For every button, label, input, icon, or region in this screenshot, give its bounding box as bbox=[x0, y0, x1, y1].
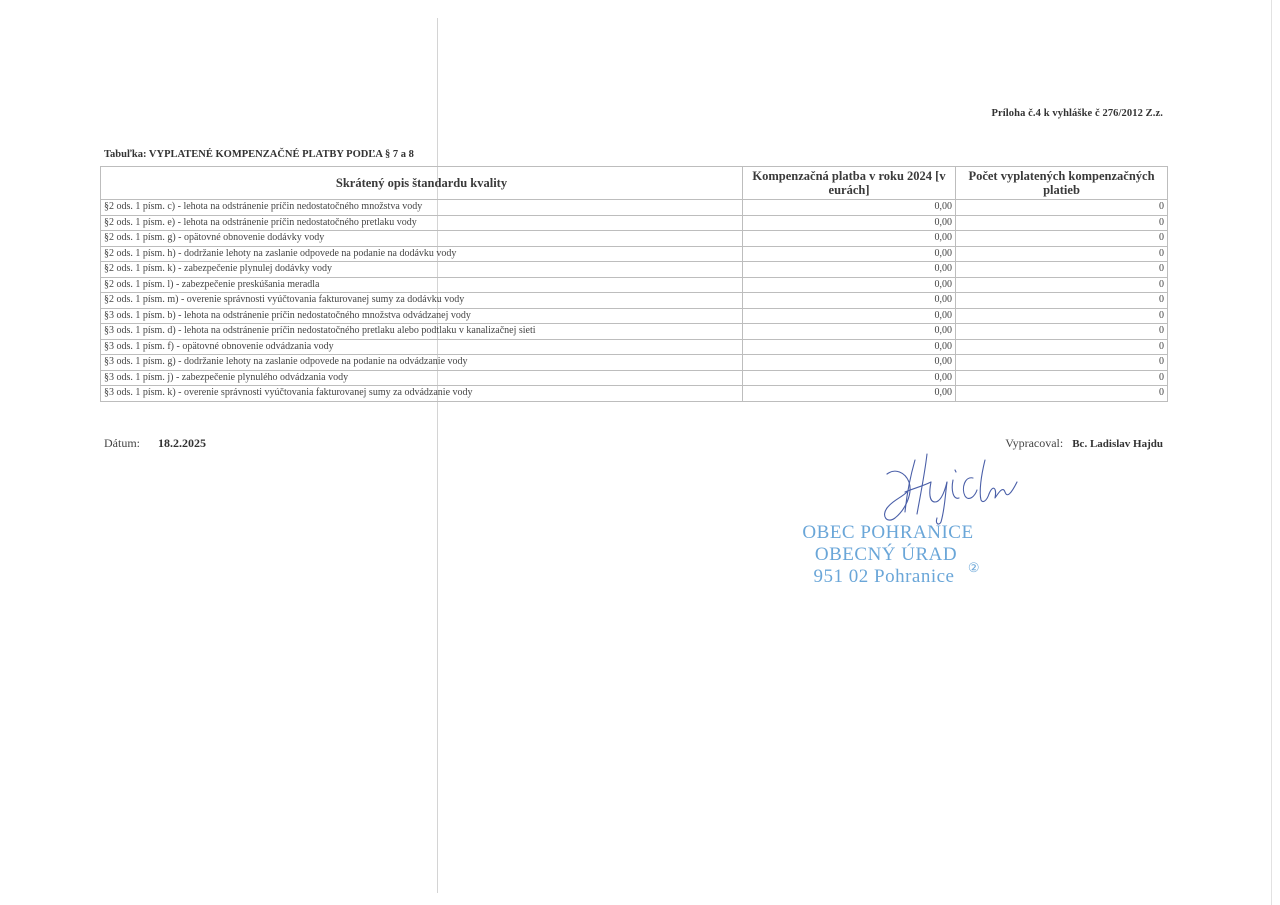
date-value: 18.2.2025 bbox=[158, 436, 206, 451]
prepared-by-name: Bc. Ladislav Hajdu bbox=[1072, 438, 1163, 450]
row-description: §3 ods. 1 písm. j) - zabezpečenie plynul… bbox=[101, 370, 743, 386]
stamp-line-3: 951 02 Pohranice bbox=[770, 566, 998, 588]
row-description: §2 ods. 1 písm. g) - opätovné obnovenie … bbox=[101, 231, 743, 247]
row-description: §2 ods. 1 písm. h) - dodržanie lehoty na… bbox=[101, 246, 743, 262]
table-row: §2 ods. 1 písm. m) - overenie správnosti… bbox=[101, 293, 1168, 309]
row-count: 0 bbox=[956, 200, 1168, 216]
row-count: 0 bbox=[956, 386, 1168, 402]
row-description: §2 ods. 1 písm. c) - lehota na odstránen… bbox=[101, 200, 743, 216]
row-payment: 0,00 bbox=[743, 370, 956, 386]
row-count: 0 bbox=[956, 308, 1168, 324]
table-row: §3 ods. 1 písm. b) - lehota na odstránen… bbox=[101, 308, 1168, 324]
stamp-number-mark: ② bbox=[968, 560, 980, 576]
official-stamp: OBEC POHRANICE OBECNÝ ÚRAD 951 02 Pohran… bbox=[778, 522, 998, 588]
row-payment: 0,00 bbox=[743, 324, 956, 340]
prepared-by: Vypracoval: Bc. Ladislav Hajdu bbox=[1005, 436, 1163, 451]
table-row: §2 ods. 1 písm. c) - lehota na odstránen… bbox=[101, 200, 1168, 216]
row-description: §2 ods. 1 písm. e) - lehota na odstránen… bbox=[101, 215, 743, 231]
table-row: §2 ods. 1 písm. e) - lehota na odstránen… bbox=[101, 215, 1168, 231]
row-description: §2 ods. 1 písm. k) - zabezpečenie plynul… bbox=[101, 262, 743, 278]
row-payment: 0,00 bbox=[743, 277, 956, 293]
compensation-table: Skrátený opis štandardu kvality Kompenza… bbox=[100, 166, 1168, 402]
row-description: §3 ods. 1 písm. g) - dodržanie lehoty na… bbox=[101, 355, 743, 371]
row-description: §2 ods. 1 písm. m) - overenie správnosti… bbox=[101, 293, 743, 309]
row-payment: 0,00 bbox=[743, 262, 956, 278]
table-header-row: Skrátený opis štandardu kvality Kompenza… bbox=[101, 167, 1168, 200]
row-count: 0 bbox=[956, 339, 1168, 355]
row-payment: 0,00 bbox=[743, 231, 956, 247]
scan-page-edge bbox=[1271, 0, 1272, 905]
row-payment: 0,00 bbox=[743, 355, 956, 371]
row-count: 0 bbox=[956, 246, 1168, 262]
header-description: Skrátený opis štandardu kvality bbox=[101, 167, 743, 200]
table-row: §3 ods. 1 písm. f) - opätovné obnovenie … bbox=[101, 339, 1168, 355]
table-row: §2 ods. 1 písm. h) - dodržanie lehoty na… bbox=[101, 246, 1168, 262]
table-row: §2 ods. 1 písm. l) - zabezpečenie preskú… bbox=[101, 277, 1168, 293]
row-count: 0 bbox=[956, 215, 1168, 231]
row-payment: 0,00 bbox=[743, 339, 956, 355]
table-row: §2 ods. 1 písm. k) - zabezpečenie plynul… bbox=[101, 262, 1168, 278]
table-row: §2 ods. 1 písm. g) - opätovné obnovenie … bbox=[101, 231, 1168, 247]
table-body: §2 ods. 1 písm. c) - lehota na odstránen… bbox=[101, 200, 1168, 402]
handwritten-signature bbox=[865, 452, 1035, 527]
scan-fold-line bbox=[437, 18, 438, 893]
row-count: 0 bbox=[956, 262, 1168, 278]
table-row: §3 ods. 1 písm. k) - overenie správnosti… bbox=[101, 386, 1168, 402]
table-row: §3 ods. 1 písm. g) - dodržanie lehoty na… bbox=[101, 355, 1168, 371]
row-description: §3 ods. 1 písm. k) - overenie správnosti… bbox=[101, 386, 743, 402]
row-payment: 0,00 bbox=[743, 215, 956, 231]
table-row: §3 ods. 1 písm. j) - zabezpečenie plynul… bbox=[101, 370, 1168, 386]
row-description: §2 ods. 1 písm. l) - zabezpečenie preskú… bbox=[101, 277, 743, 293]
appendix-note: Príloha č.4 k vyhláške č 276/2012 Z.z. bbox=[991, 108, 1163, 119]
stamp-line-1: OBEC POHRANICE bbox=[778, 522, 998, 544]
row-count: 0 bbox=[956, 231, 1168, 247]
row-payment: 0,00 bbox=[743, 246, 956, 262]
row-description: §3 ods. 1 písm. b) - lehota na odstránen… bbox=[101, 308, 743, 324]
row-payment: 0,00 bbox=[743, 386, 956, 402]
row-count: 0 bbox=[956, 277, 1168, 293]
header-count: Počet vyplatených kompenzačných platieb bbox=[956, 167, 1168, 200]
row-description: §3 ods. 1 písm. d) - lehota na odstránen… bbox=[101, 324, 743, 340]
date-label: Dátum: bbox=[104, 436, 140, 451]
row-payment: 0,00 bbox=[743, 308, 956, 324]
row-count: 0 bbox=[956, 324, 1168, 340]
row-payment: 0,00 bbox=[743, 200, 956, 216]
table-row: §3 ods. 1 písm. d) - lehota na odstránen… bbox=[101, 324, 1168, 340]
header-payment: Kompenzačná platba v roku 2024 [v eurách… bbox=[743, 167, 956, 200]
row-description: §3 ods. 1 písm. f) - opätovné obnovenie … bbox=[101, 339, 743, 355]
prepared-by-label: Vypracoval: bbox=[1005, 436, 1063, 450]
row-count: 0 bbox=[956, 370, 1168, 386]
stamp-line-2: OBECNÝ ÚRAD bbox=[774, 544, 998, 566]
row-count: 0 bbox=[956, 293, 1168, 309]
table-title: Tabuľka: VYPLATENÉ KOMPENZAČNÉ PLATBY PO… bbox=[104, 149, 414, 160]
row-payment: 0,00 bbox=[743, 293, 956, 309]
row-count: 0 bbox=[956, 355, 1168, 371]
